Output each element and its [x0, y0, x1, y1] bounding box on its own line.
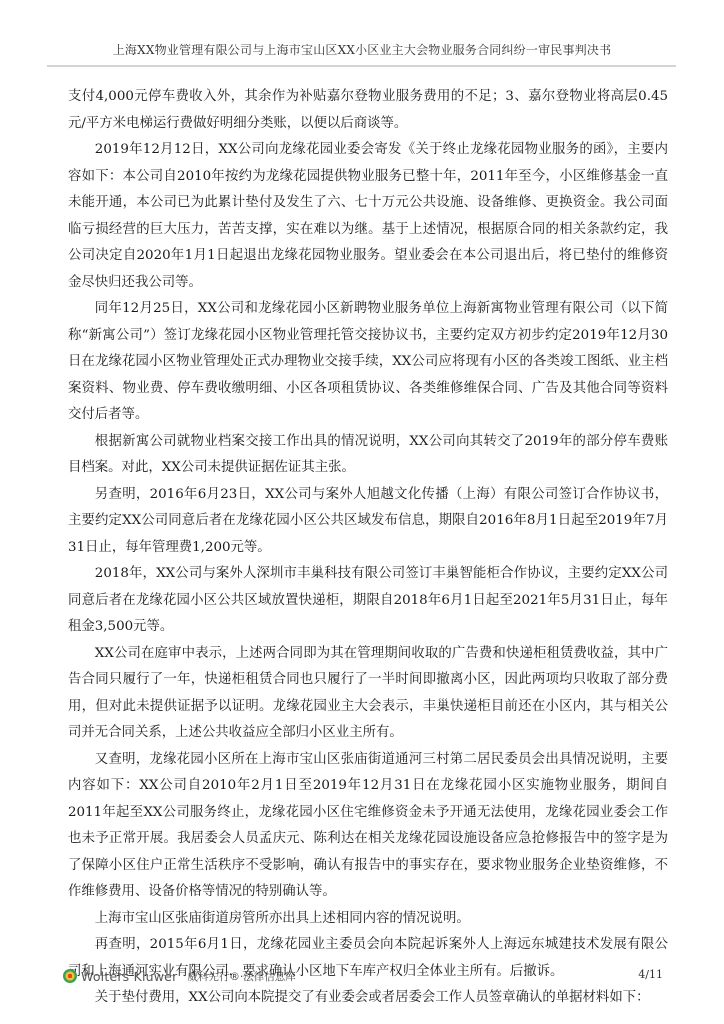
- footer-brand: Wolters Kluwer: [81, 969, 177, 984]
- document-body: 支付4,000元停车费收入外，其余作为补贴嘉尔登物业服务费用的不足；3、嘉尔登物…: [68, 84, 668, 1012]
- paragraph: 根据新寓公司就物业档案交接工作出具的情况说明，XX公司向其转交了2019年的部分…: [68, 429, 668, 482]
- paragraph: 支付4,000元停车费收入外，其余作为补贴嘉尔登物业服务费用的不足；3、嘉尔登物…: [68, 84, 668, 137]
- paragraph: 同年12月25日，XX公司和龙缘花园小区新聘物业服务单位上海新寓物业管理有限公司…: [68, 296, 668, 429]
- paragraph: 关于垫付费用，XX公司向本院提交了有业委会或者居委会工作人员签章确认的单据材料如…: [68, 985, 668, 1012]
- paragraph: 另查明，2016年6月23日，XX公司与案外人旭越文化传播（上海）有限公司签订合…: [68, 482, 668, 562]
- footer-brand-cn: 威科先行®·法律信息库: [187, 969, 295, 984]
- paragraph: 2019年12月12日，XX公司向龙缘花园业委会寄发《关于终止龙缘花园物业服务的…: [68, 137, 668, 296]
- paragraph: 上海市宝山区张庙街道房管所亦出具上述相同内容的情况说明。: [68, 906, 668, 933]
- paragraph: XX公司在庭审中表示，上述两合同即为其在管理期间收取的广告费和快递柜租赁费收益，…: [68, 641, 668, 747]
- page-number: 4/11: [638, 968, 663, 981]
- paragraph: 又查明，龙缘花园小区所在上海市宝山区张庙街道通河三村第二居民委员会出具情况说明，…: [68, 747, 668, 906]
- page-footer: Wolters Kluwer 威科先行®·法律信息库: [63, 966, 663, 986]
- paragraph: 2018年，XX公司与案外人深圳市丰巢科技有限公司签订丰巢智能柜合作协议，主要约…: [68, 561, 668, 641]
- header-divider: [47, 65, 676, 67]
- wolters-kluwer-logo-icon: [63, 969, 77, 983]
- document-header-title: 上海XX物业管理有限公司与上海市宝山区XX小区业主大会物业服务合同纠纷一审民事判…: [0, 41, 724, 58]
